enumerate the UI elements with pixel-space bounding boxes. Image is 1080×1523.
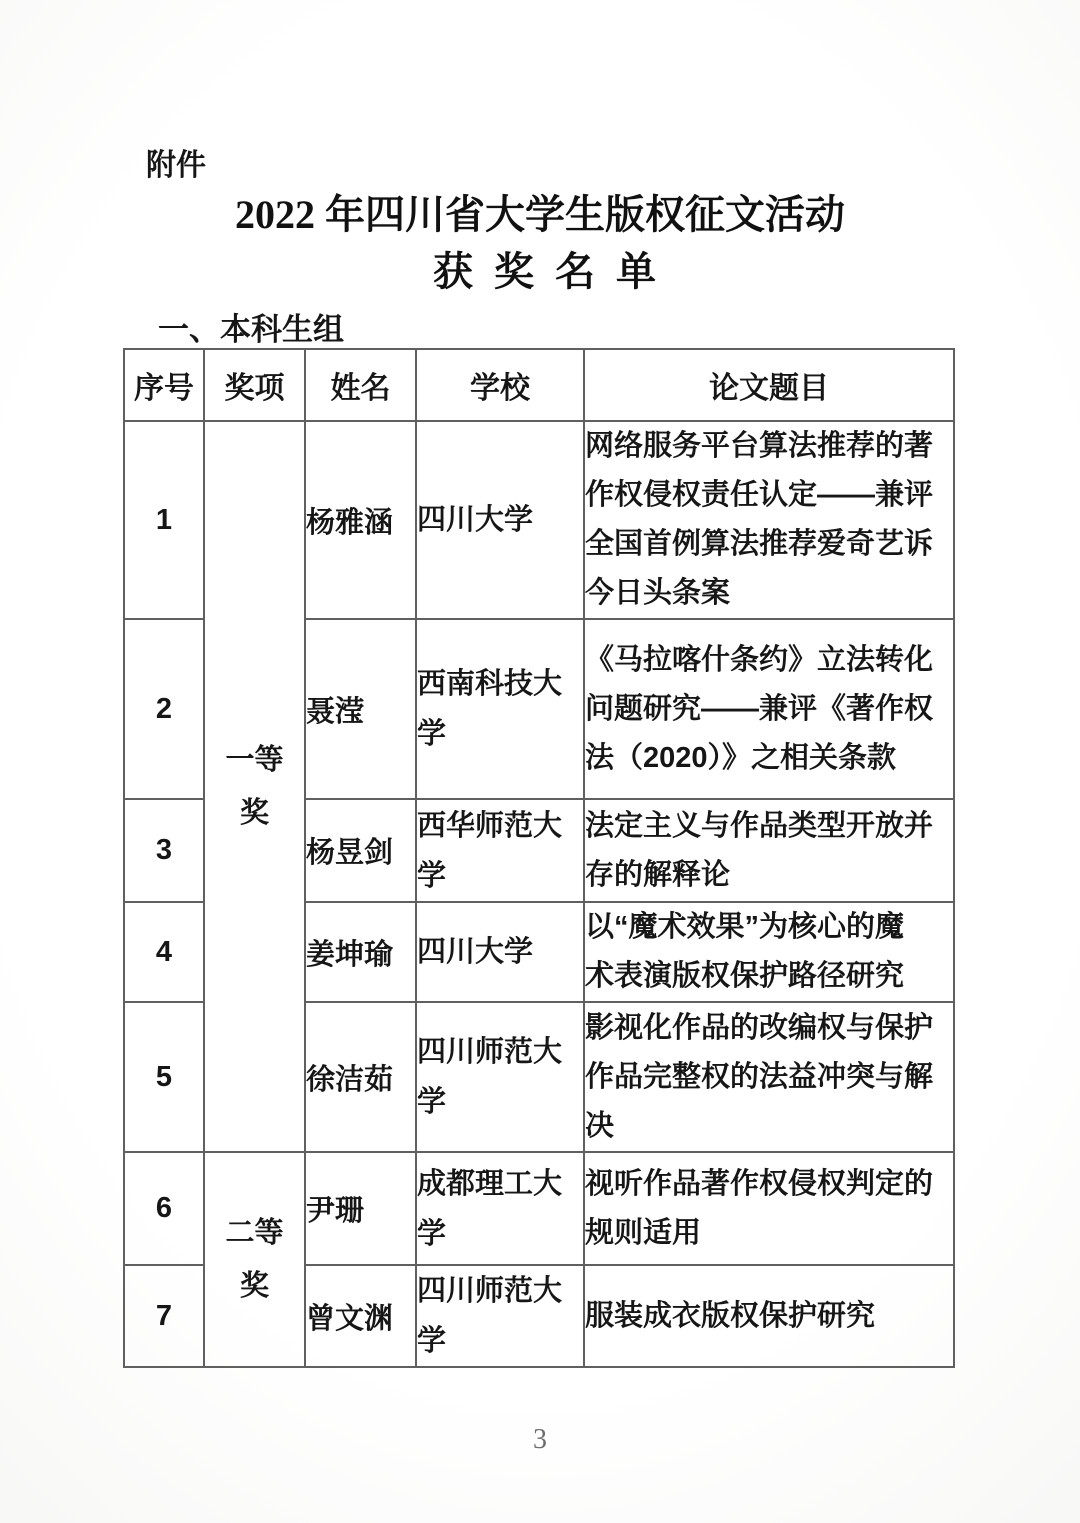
award-winners-table: 序号 奖项 姓名 学校 论文题目 1一等奖杨雅涵四川大学网络服务平台算法推荐的著…: [123, 348, 955, 1368]
school-cell: 四川师范大学: [416, 1002, 584, 1152]
award-cell: 二等奖: [204, 1152, 305, 1367]
document-page: 附件 2022 年四川省大学生版权征文活动 获奖名单 一、本科生组 序号 奖项 …: [0, 0, 1080, 1523]
index-cell: 5: [124, 1002, 204, 1152]
essay-title-cell: 服装成衣版权保护研究: [584, 1265, 954, 1367]
essay-title-cell: 网络服务平台算法推荐的著 作权侵权责任认定——兼评 全国首例算法推荐爱奇艺诉 今…: [584, 421, 954, 619]
name-cell: 尹珊: [305, 1152, 416, 1265]
name-cell: 曾文渊: [305, 1265, 416, 1367]
col-header-name: 姓名: [305, 349, 416, 421]
document-title-line2: 获奖名单: [0, 243, 1080, 300]
award-label: 二等奖: [226, 1207, 284, 1313]
attachment-label: 附件: [146, 140, 206, 184]
name-cell: 聂滢: [305, 619, 416, 799]
school-cell: 西华师范大学: [416, 799, 584, 902]
col-header-award: 奖项: [204, 349, 305, 421]
award-cell: 一等奖: [204, 421, 305, 1152]
name-cell: 徐洁茹: [305, 1002, 416, 1152]
section-heading-undergraduate-group: 一、本科生组: [158, 304, 344, 349]
col-header-essay-title: 论文题目: [584, 349, 954, 421]
essay-title-cell: 视听作品著作权侵权判定的 规则适用: [584, 1152, 954, 1265]
essay-title-cell: 法定主义与作品类型开放并 存的解释论: [584, 799, 954, 902]
school-cell: 四川师范大学: [416, 1265, 584, 1367]
name-cell: 杨昱剑: [305, 799, 416, 902]
col-header-index: 序号: [124, 349, 204, 421]
award-label: 一等奖: [226, 734, 284, 840]
name-cell: 姜坤瑜: [305, 902, 416, 1002]
name-cell: 杨雅涵: [305, 421, 416, 619]
document-title: 2022 年四川省大学生版权征文活动 获奖名单: [0, 186, 1080, 300]
essay-title-cell: 以“魔术效果”为核心的魔 术表演版权保护路径研究: [584, 902, 954, 1002]
col-header-school: 学校: [416, 349, 584, 421]
index-cell: 2: [124, 619, 204, 799]
school-cell: 成都理工大学: [416, 1152, 584, 1265]
index-cell: 1: [124, 421, 204, 619]
index-cell: 4: [124, 902, 204, 1002]
school-cell: 四川大学: [416, 902, 584, 1002]
table-header-row: 序号 奖项 姓名 学校 论文题目: [124, 349, 954, 421]
document-title-line1: 2022 年四川省大学生版权征文活动: [0, 186, 1080, 243]
page-number: 3: [0, 1424, 1080, 1456]
essay-title-cell: 《马拉喀什条约》立法转化 问题研究——兼评《著作权 法（2020）》之相关条款: [584, 619, 954, 799]
index-cell: 3: [124, 799, 204, 902]
school-cell: 西南科技大学: [416, 619, 584, 799]
index-cell: 6: [124, 1152, 204, 1265]
index-cell: 7: [124, 1265, 204, 1367]
essay-title-cell: 影视化作品的改编权与保护 作品完整权的法益冲突与解 决: [584, 1002, 954, 1152]
table-row: 6二等奖尹珊成都理工大学视听作品著作权侵权判定的 规则适用: [124, 1152, 954, 1265]
school-cell: 四川大学: [416, 421, 584, 619]
table-row: 1一等奖杨雅涵四川大学网络服务平台算法推荐的著 作权侵权责任认定——兼评 全国首…: [124, 421, 954, 619]
